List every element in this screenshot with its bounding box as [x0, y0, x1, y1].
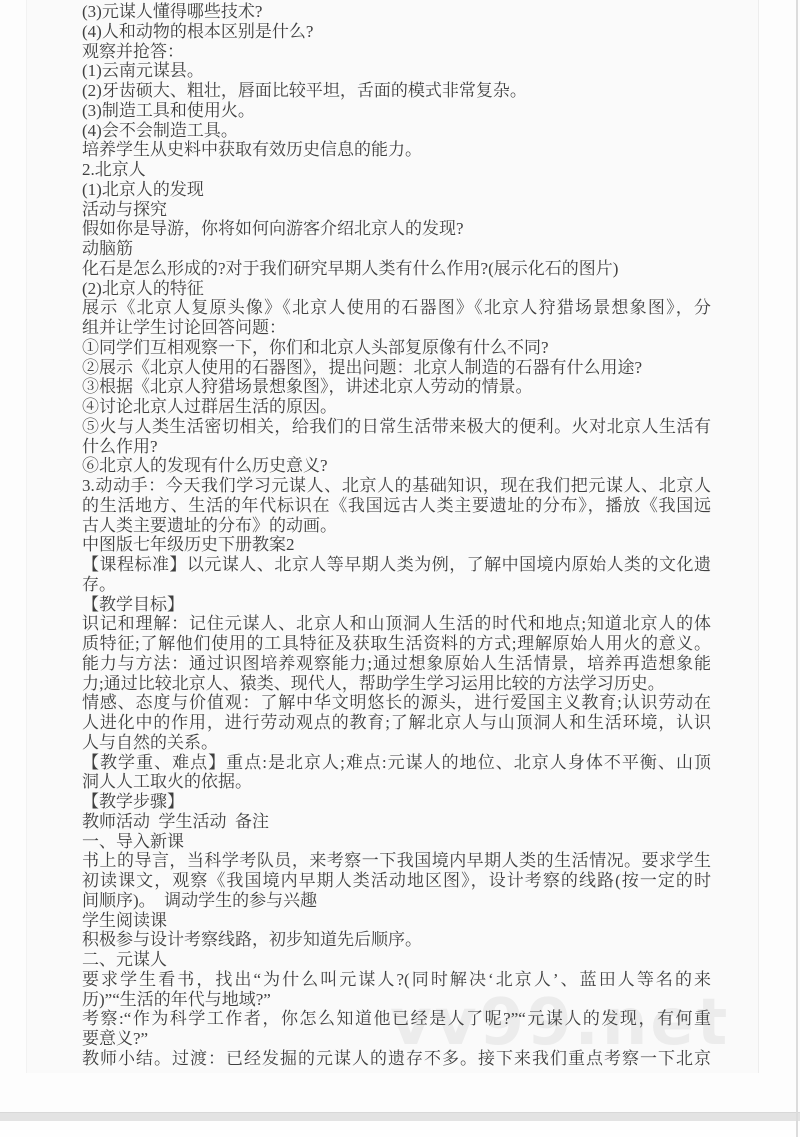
doc-line: ④讨论北京人过群居生活的原因。	[82, 397, 711, 417]
doc-line: 动脑筋	[82, 239, 711, 259]
doc-line: 一、导入新课	[82, 832, 711, 852]
doc-line: 古人类主要遗址的分布》的动画。	[82, 516, 711, 536]
doc-line: 活动与探究	[82, 200, 711, 220]
doc-line: 书上的导言，当科学考队员，来考察一下我国境内早期人类的生活情况。要求学生	[82, 851, 711, 871]
doc-line: (1)云南元谋县。	[82, 61, 711, 81]
doc-line: 历)”“生活的年代与地域?”	[82, 990, 711, 1010]
doc-line: (2)北京人的特征	[82, 279, 711, 299]
doc-line: 考察:“作为科学工作者，你怎么知道他已经是人了呢?”“元谋人的发现，有何重	[82, 1009, 711, 1029]
doc-line: 3.动动手：今天我们学习元谋人、北京人的基础知识，现在我们把元谋人、北京人	[82, 476, 711, 496]
doc-line: 【课程标准】以元谋人、北京人等早期人类为例，了解中国境内原始人类的文化遗	[82, 555, 711, 575]
doc-line: 【教学重、难点】重点:是北京人;难点:元谋人的地位、北京人身体不平衡、山顶	[82, 753, 711, 773]
doc-line: (3)元谋人懂得哪些技术?	[82, 2, 711, 22]
page-separator-bar	[0, 1112, 800, 1121]
doc-line: 假如你是导游，你将如何向游客介绍北京人的发现?	[82, 219, 711, 239]
doc-line: (3)制造工具和使用火。	[82, 101, 711, 121]
document-viewer: { "page": { "background": "#fafafa", "ou…	[0, 0, 800, 1137]
document-text-block: (3)元谋人懂得哪些技术?(4)人和动物的根本区别是什么?观察并抢答：(1)云南…	[82, 2, 711, 1069]
doc-line: 人与自然的关系。	[82, 733, 711, 753]
doc-line: (1)北京人的发现	[82, 180, 711, 200]
doc-line: 二、元谋人	[82, 950, 711, 970]
doc-line: 教师活动 学生活动 备注	[82, 812, 711, 832]
doc-line: 什么作用?	[82, 437, 711, 457]
doc-line: 间顺序)。 调动学生的参与兴趣	[82, 891, 711, 911]
doc-line: 识记和理解：记住元谋人、北京人和山顶洞人生活的时代和地点;知道北京人的体	[82, 614, 711, 634]
doc-line: (4)人和动物的根本区别是什么?	[82, 22, 711, 42]
document-page: vv99.net (3)元谋人懂得哪些技术?(4)人和动物的根本区别是什么?观察…	[26, 0, 759, 1073]
doc-line: (2)牙齿硕大、粗壮，唇面比较平坦，舌面的模式非常复杂。	[82, 81, 711, 101]
doc-line: 存。	[82, 575, 711, 595]
doc-line: 培养学生从史料中获取有效历史信息的能力。	[82, 140, 711, 160]
doc-line: 的生活地方、生活的年代标识在《我国远古人类主要遗址的分布》，播放《我国远	[82, 496, 711, 516]
doc-line: ③根据《北京人狩猎场景想象图》，讲述北京人劳动的情景。	[82, 377, 711, 397]
doc-line: (4)会不会制造工具。	[82, 121, 711, 141]
doc-line: 要意义?”	[82, 1029, 711, 1049]
doc-line: ①同学们互相观察一下，你们和北京人头部复原像有什么不同?	[82, 338, 711, 358]
doc-line: 【教学目标】	[82, 595, 711, 615]
doc-line: 教师小结。过渡：已经发掘的元谋人的遗存不多。接下来我们重点考察一下北京	[82, 1049, 711, 1069]
doc-line: 2.北京人	[82, 160, 711, 180]
doc-line: 观察并抢答：	[82, 42, 711, 62]
doc-line: 化石是怎么形成的?对于我们研究早期人类有什么作用?(展示化石的图片)	[82, 259, 711, 279]
doc-line: 学生阅读课	[82, 911, 711, 931]
doc-line: ②展示《北京人使用的石器图》，提出问题：北京人制造的石器有什么用途?	[82, 358, 711, 378]
doc-line: ⑤火与人类生活密切相关，给我们的日常生活带来极大的便利。火对北京人生活有	[82, 417, 711, 437]
next-page-top	[0, 1121, 800, 1137]
doc-line: 展示《北京人复原头像》《北京人使用的石器图》《北京人狩猎场景想象图》，分	[82, 298, 711, 318]
doc-line: 情感、态度与价值观：了解中华文明悠长的源头，进行爱国主义教育;认识劳动在	[82, 693, 711, 713]
doc-line: 积极参与设计考察线路，初步知道先后顺序。	[82, 930, 711, 950]
doc-line: 【教学步骤】	[82, 792, 711, 812]
doc-line: 力;通过比较北京人、猿类、现代人，帮助学生学习运用比较的方法学习历史。	[82, 674, 711, 694]
doc-line: 质特征;了解他们使用的工具特征及获取生活资料的方式;理解原始人用火的意义。	[82, 634, 711, 654]
doc-line: 组并让学生讨论回答问题：	[82, 318, 711, 338]
doc-line: 人进化中的作用，进行劳动观点的教育;了解北京人与山顶洞人和生活环境，认识	[82, 713, 711, 733]
doc-line: 初读课文，观察《我国境内早期人类活动地区图》，设计考察的线路(按一定的时	[82, 871, 711, 891]
doc-line: 要求学生看书，找出“为什么叫元谋人?(同时解决‘北京人’、蓝田人等名的来	[82, 970, 711, 990]
doc-line: 能力与方法：通过识图培养观察能力;通过想象原始人生活情景，培养再造想象能	[82, 654, 711, 674]
doc-line: 洞人人工取火的依据。	[82, 772, 711, 792]
right-edge-divider	[796, 0, 798, 1137]
doc-line: ⑥北京人的发现有什么历史意义?	[82, 456, 711, 476]
doc-line: 中图版七年级历史下册教案2	[82, 535, 711, 555]
